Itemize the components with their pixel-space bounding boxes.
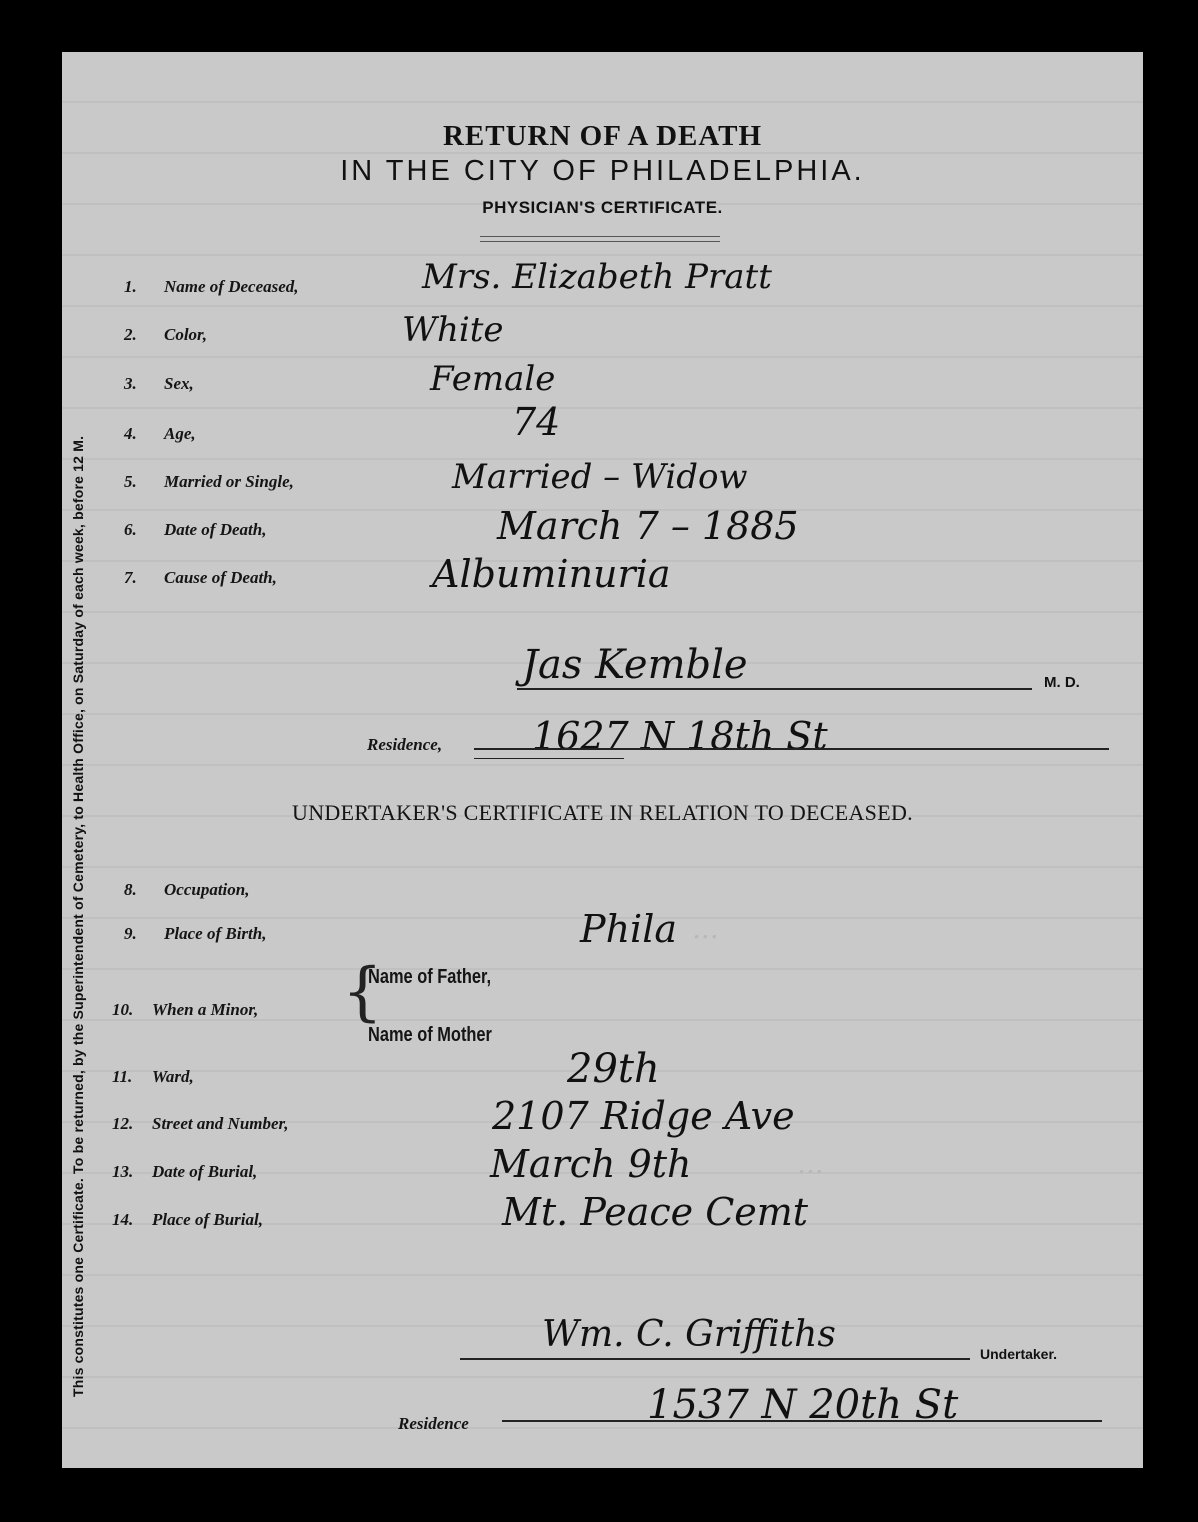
short-rule [474,758,624,759]
field-value-sex: Female [430,359,555,399]
physician-residence-line [474,748,1109,750]
field-label-color: 2.Color, [124,325,207,345]
death-certificate: This constitutes one Certificate. To be … [62,52,1143,1468]
field-label-cause-of-death: 7.Cause of Death, [124,568,277,588]
field-label-when-a-minor: 10.When a Minor, [112,1000,258,1020]
field-value-ward: 29th [567,1046,660,1092]
field-label-name-of-father: Name of Father, [368,966,491,989]
field-value-street-and-number: 2107 Ridge Ave [492,1094,795,1138]
field-label-date-of-death: 6.Date of Death, [124,520,266,540]
field-label-marital-status: 5.Married or Single, [124,472,294,492]
field-label-ward: 11.Ward, [112,1067,194,1087]
field-value-name: Mrs. Elizabeth Pratt [422,257,772,297]
field-value-place-of-burial: Mt. Peace Cemt [502,1190,808,1234]
undertaker-suffix: Undertaker. [980,1346,1057,1362]
field-label-name-of-mother: Name of Mother [368,1024,492,1047]
field-label-date-of-burial: 13.Date of Burial, [112,1162,257,1182]
side-instruction-note: This constitutes one Certificate. To be … [70,67,92,1397]
undertaker-section-heading: UNDERTAKER'S CERTIFICATE IN RELATION TO … [62,800,1143,826]
field-value-date-of-burial: March 9th [490,1142,692,1186]
field-value-cause-of-death: Albuminuria [432,552,671,596]
faint-bleedthrough-text: ... [692,912,719,945]
physician-md-suffix: M. D. [1044,674,1080,691]
undertaker-residence-label: Residence [398,1414,469,1434]
field-label-sex: 3.Sex, [124,374,194,394]
field-value-color: White [402,310,504,350]
physician-section-heading: PHYSICIAN'S CERTIFICATE. [62,198,1143,218]
faint-bleedthrough-text-2: ... [797,1147,824,1180]
field-value-age: 74 [512,400,560,444]
double-rule-divider [480,236,720,242]
physician-signature-line [517,688,1032,690]
document-subtitle: IN THE CITY OF PHILADELPHIA. [62,155,1143,188]
field-label-age: 4.Age, [124,424,196,444]
field-label-place-of-burial: 14.Place of Burial, [112,1210,263,1230]
physician-signature: Jas Kemble [522,642,748,688]
field-value-marital-status: Married – Widow [452,457,748,497]
document-title: RETURN OF A DEATH [62,120,1143,153]
undertaker-residence-line [502,1420,1102,1422]
field-value-date-of-death: March 7 – 1885 [497,504,799,548]
field-label-place-of-birth: 9.Place of Birth, [124,924,266,944]
field-value-place-of-birth: Phila [580,907,677,951]
field-label-occupation: 8.Occupation, [124,880,249,900]
undertaker-signature-line [460,1358,970,1360]
field-label-name: 1.Name of Deceased, [124,277,299,297]
physician-residence-value: 1627 N 18th St [532,714,828,758]
field-label-street-and-number: 12.Street and Number, [112,1114,289,1134]
physician-residence-label: Residence, [367,735,442,755]
undertaker-signature: Wm. C. Griffiths [542,1314,836,1355]
